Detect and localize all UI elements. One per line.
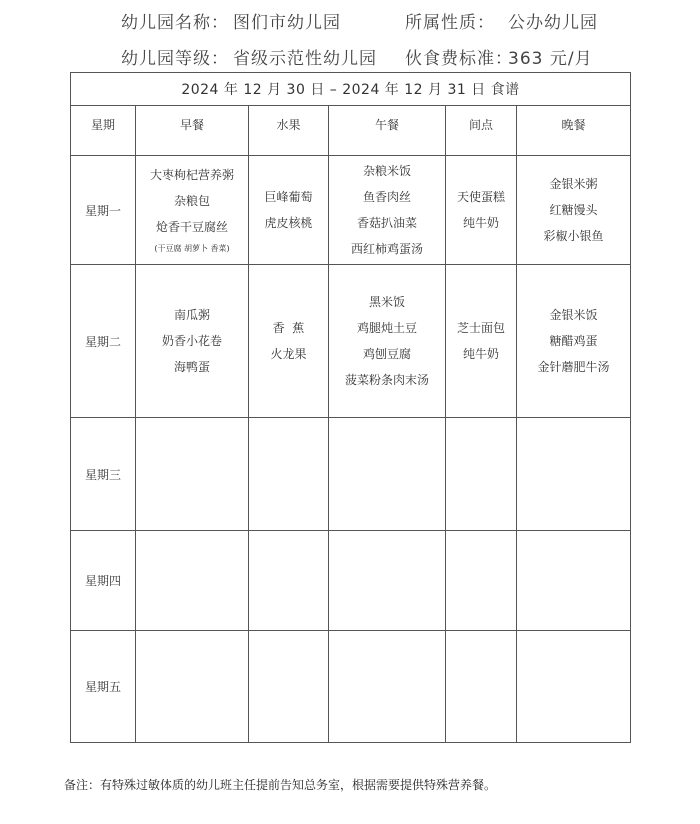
ownership-type-label: 所属性质： xyxy=(405,8,495,33)
menu-item: 天使蛋糕 xyxy=(446,184,516,210)
menu-item: 鸡腿炖土豆 xyxy=(329,315,445,341)
weekday-cell: 星期二 xyxy=(71,265,136,418)
snack-cell xyxy=(446,631,517,743)
menu-item: 鸡刨豆腐 xyxy=(329,341,445,367)
kindergarten-name-value: 图们市幼儿园 xyxy=(233,8,341,33)
menu-item: 南瓜粥 xyxy=(136,302,248,328)
menu-item: 红糖馒头 xyxy=(517,197,630,223)
menu-item: 火龙果 xyxy=(249,341,328,367)
lunch-cell: 杂粮米饭 鱼香肉丝 香菇扒油菜 西红柿鸡蛋汤 xyxy=(329,156,446,265)
menu-item: 金银米粥 xyxy=(517,171,630,197)
ownership-type-value: 公办幼儿园 xyxy=(508,8,598,33)
menu-item: 纯牛奶 xyxy=(446,341,516,367)
fruit-cell xyxy=(249,631,329,743)
column-header-breakfast: 早餐 xyxy=(136,106,249,156)
menu-item: 巨峰葡萄 xyxy=(249,184,328,210)
menu-date-range-title: 2024 年 12 月 30 日 – 2024 年 12 月 31 日 食谱 xyxy=(71,73,631,106)
fruit-cell: 巨峰葡萄 虎皮核桃 xyxy=(249,156,329,265)
menu-item: 香 蕉 xyxy=(249,315,328,341)
meal-fee-value: 363 元/月 xyxy=(508,44,593,69)
table-row-thursday: 星期四 xyxy=(71,531,631,631)
column-header-fruit: 水果 xyxy=(249,106,329,156)
menu-item: 炝香干豆腐丝 xyxy=(136,214,248,240)
breakfast-cell: 大枣枸杞营养粥 杂粮包 炝香干豆腐丝 (干豆腐 胡萝卜 香菜) xyxy=(136,156,249,265)
table-row-friday: 星期五 xyxy=(71,631,631,743)
menu-item: 香菇扒油菜 xyxy=(329,210,445,236)
weekday-cell: 星期五 xyxy=(71,631,136,743)
kindergarten-level-value: 省级示范性幼儿园 xyxy=(233,44,377,69)
menu-item: 金针蘑肥牛汤 xyxy=(517,354,630,380)
menu-item: 芝士面包 xyxy=(446,315,516,341)
kindergarten-name-label: 幼儿园名称： xyxy=(121,8,229,33)
kindergarten-level-label: 幼儿园等级： xyxy=(121,44,229,69)
menu-item: 黑米饭 xyxy=(329,289,445,315)
menu-item: 奶香小花卷 xyxy=(136,328,248,354)
menu-item: 鱼香肉丝 xyxy=(329,184,445,210)
lunch-cell xyxy=(329,418,446,531)
menu-item: 西红柿鸡蛋汤 xyxy=(329,236,445,262)
menu-item: 彩椒小银鱼 xyxy=(517,223,630,249)
menu-item: 金银米饭 xyxy=(517,302,630,328)
column-header-snack: 间点 xyxy=(446,106,517,156)
lunch-cell xyxy=(329,631,446,743)
snack-cell xyxy=(446,531,517,631)
column-header-row: 星期 早餐 水果 午餐 间点 晚餐 xyxy=(71,106,631,156)
table-row-wednesday: 星期三 xyxy=(71,418,631,531)
menu-item: 大枣枸杞营养粥 xyxy=(136,162,248,188)
fruit-cell: 香 蕉 火龙果 xyxy=(249,265,329,418)
menu-item: 杂粮包 xyxy=(136,188,248,214)
dinner-cell: 金银米饭 糖醋鸡蛋 金针蘑肥牛汤 xyxy=(517,265,631,418)
column-header-lunch: 午餐 xyxy=(329,106,446,156)
fruit-cell xyxy=(249,531,329,631)
menu-item: 纯牛奶 xyxy=(446,210,516,236)
kindergarten-info-line-2: 幼儿园等级： 省级示范性幼儿园 伙食费标准： 363 元/月 xyxy=(0,44,700,72)
dinner-cell xyxy=(517,418,631,531)
table-row-tuesday: 星期二 南瓜粥 奶香小花卷 海鸭蛋 香 蕉 火龙果 黑米饭 鸡腿炖土豆 鸡刨豆腐… xyxy=(71,265,631,418)
dinner-cell xyxy=(517,531,631,631)
ingredient-note: (干豆腐 胡萝卜 香菜) xyxy=(136,240,248,258)
column-header-dinner: 晚餐 xyxy=(517,106,631,156)
dinner-cell xyxy=(517,631,631,743)
snack-cell: 天使蛋糕 纯牛奶 xyxy=(446,156,517,265)
snack-cell xyxy=(446,418,517,531)
menu-item: 菠菜粉条肉末汤 xyxy=(329,367,445,393)
allergy-note: 备注：有特殊过敏体质的幼儿班主任提前告知总务室，根据需要提供特殊营养餐。 xyxy=(64,776,496,793)
breakfast-cell xyxy=(136,418,249,531)
weekday-cell: 星期四 xyxy=(71,531,136,631)
menu-item: 糖醋鸡蛋 xyxy=(517,328,630,354)
menu-item: 杂粮米饭 xyxy=(329,158,445,184)
fruit-cell xyxy=(249,418,329,531)
weekly-menu-table: 2024 年 12 月 30 日 – 2024 年 12 月 31 日 食谱 星… xyxy=(70,72,631,743)
breakfast-cell xyxy=(136,531,249,631)
meal-fee-label: 伙食费标准： xyxy=(405,44,513,69)
lunch-cell: 黑米饭 鸡腿炖土豆 鸡刨豆腐 菠菜粉条肉末汤 xyxy=(329,265,446,418)
breakfast-cell xyxy=(136,631,249,743)
column-header-weekday: 星期 xyxy=(71,106,136,156)
kindergarten-info-line-1: 幼儿园名称： 图们市幼儿园 所属性质： 公办幼儿园 xyxy=(0,8,700,36)
weekday-cell: 星期一 xyxy=(71,156,136,265)
menu-item: 海鸭蛋 xyxy=(136,354,248,380)
snack-cell: 芝士面包 纯牛奶 xyxy=(446,265,517,418)
table-row-monday: 星期一 大枣枸杞营养粥 杂粮包 炝香干豆腐丝 (干豆腐 胡萝卜 香菜) 巨峰葡萄… xyxy=(71,156,631,265)
menu-item: 虎皮核桃 xyxy=(249,210,328,236)
dinner-cell: 金银米粥 红糖馒头 彩椒小银鱼 xyxy=(517,156,631,265)
weekday-cell: 星期三 xyxy=(71,418,136,531)
breakfast-cell: 南瓜粥 奶香小花卷 海鸭蛋 xyxy=(136,265,249,418)
lunch-cell xyxy=(329,531,446,631)
